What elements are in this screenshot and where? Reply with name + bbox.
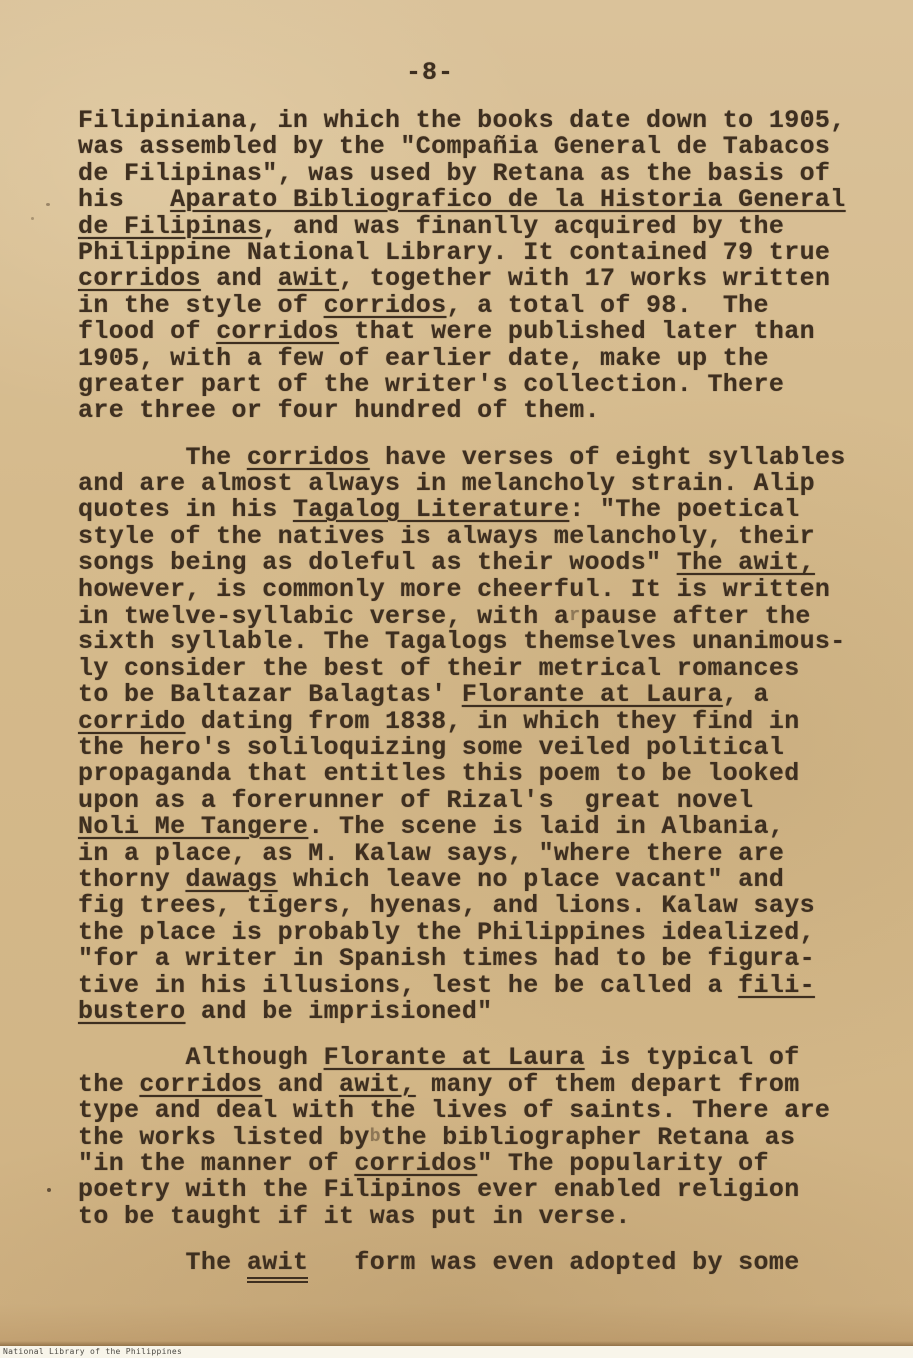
underlined-text: awit, <box>339 1070 416 1099</box>
text-line: upon as a forerunner of Rizal's great no… <box>78 788 878 814</box>
underlined-text: The awit, <box>677 548 815 577</box>
text-run: his <box>78 185 170 214</box>
text-run: have verses of eight syllables <box>370 443 846 472</box>
text-line: to be Baltazar Balagtas' Florante at Lau… <box>78 682 878 708</box>
text-line: The corridos have verses of eight syllab… <box>78 445 878 471</box>
text-run: "for a writer in Spanish times had to be… <box>78 944 815 973</box>
paragraph: Filipiniana, in which the books date dow… <box>78 108 878 425</box>
text-run: type and deal with the lives of saints. … <box>78 1096 830 1125</box>
underlined-text: awit <box>247 1248 308 1283</box>
text-run: " The popularity of <box>477 1149 769 1178</box>
text-run: 1905, with a few of earlier date, make u… <box>78 344 769 373</box>
library-watermark: National Library of the Philippines <box>0 1346 913 1358</box>
text-line: the place is probably the Philippines id… <box>78 920 878 946</box>
text-run: The <box>78 443 247 472</box>
text-run: however, is commonly more cheerful. It i… <box>78 575 830 604</box>
text-line: "in the manner of corridos" The populari… <box>78 1151 878 1177</box>
text-run: was assembled by the "Compañia General d… <box>78 132 830 161</box>
text-line: fig trees, tigers, hyenas, and lions. Ka… <box>78 893 878 919</box>
text-run: ly consider the best of their metrical r… <box>78 654 800 683</box>
text-run: style of the natives is always melanchol… <box>78 522 815 551</box>
page-number: -8- <box>406 58 486 87</box>
underlined-text: corrido <box>78 707 185 736</box>
text-line: are three or four hundred of them. <box>78 398 878 424</box>
text-line: in twelve-syllabic verse, with arpause a… <box>78 603 878 629</box>
text-run: the place is probably the Philippines id… <box>78 918 815 947</box>
text-run: thorny <box>78 865 185 894</box>
text-run: and are almost always in melancholy stra… <box>78 469 815 498</box>
text-line: "for a writer in Spanish times had to be… <box>78 946 878 972</box>
underlined-text: bustero <box>78 997 185 1026</box>
text-run: Filipiniana, in which the books date dow… <box>78 106 846 135</box>
text-line: thorny dawags which leave no place vacan… <box>78 867 878 893</box>
text-line: his Aparato Bibliografico de la Historia… <box>78 187 878 213</box>
text-run: Philippine National Library. It containe… <box>78 238 830 267</box>
text-run: and <box>262 1070 339 1099</box>
text-line: The awit form was even adopted by some <box>78 1250 878 1276</box>
text-run: is typical of <box>585 1043 800 1072</box>
text-line: ly consider the best of their metrical r… <box>78 656 878 682</box>
text-run: : "The poetical <box>569 495 799 524</box>
underlined-text: dawags <box>185 865 277 894</box>
text-line: Philippine National Library. It containe… <box>78 240 878 266</box>
scan-speck <box>47 1188 51 1192</box>
text-run: upon as a forerunner of Rizal's great no… <box>78 786 754 815</box>
scan-speck <box>46 203 50 206</box>
scanned-document-viewer: { "page": { "number": "-8-" }, "footer":… <box>0 0 913 1358</box>
text-run: , together with 17 works written <box>339 264 830 293</box>
text-line: was assembled by the "Compañia General d… <box>78 134 878 160</box>
text-line: and are almost always in melancholy stra… <box>78 471 878 497</box>
text-run: that were published later than <box>339 317 815 346</box>
text-line: 1905, with a few of earlier date, make u… <box>78 346 878 372</box>
text-run: de Filipinas", was used by Retana as the… <box>78 159 830 188</box>
text-line: the corridos and awit, many of them depa… <box>78 1072 878 1098</box>
underlined-text: Aparato Bibliografico de la Historia Gen… <box>170 185 846 214</box>
text-line: tive in his illusions, lest he be called… <box>78 973 878 999</box>
text-run: , a total of 98. The <box>446 291 768 320</box>
text-run: The <box>78 1248 247 1277</box>
text-line: flood of corridos that were published la… <box>78 319 878 345</box>
text-line: songs being as doleful as their woods" T… <box>78 550 878 576</box>
text-run: poetry with the Filipinos ever enabled r… <box>78 1175 800 1204</box>
text-run: . The scene is laid in Albania, <box>308 812 784 841</box>
text-run: greater part of the writer's collection.… <box>78 370 784 399</box>
text-run: propaganda that entitles this poem to be… <box>78 759 800 788</box>
underlined-text: corridos <box>216 317 339 346</box>
text-line: Although Florante at Laura is typical of <box>78 1045 878 1071</box>
paragraph: The corridos have verses of eight syllab… <box>78 445 878 1026</box>
underlined-text: Noli Me Tangere <box>78 812 308 841</box>
text-run: form was even adopted by some <box>308 1248 799 1277</box>
underlined-text: Florante at Laura <box>462 680 723 709</box>
ghost-strike: r <box>569 606 580 626</box>
underlined-text: corridos <box>354 1149 477 1178</box>
ghost-strike: b <box>370 1127 381 1147</box>
text-line: propaganda that entitles this poem to be… <box>78 761 878 787</box>
text-run: which leave no place vacant" and <box>278 865 785 894</box>
underlined-text: fili- <box>738 971 815 1000</box>
text-line: in a place, as M. Kalaw says, "where the… <box>78 841 878 867</box>
underlined-text: de Filipinas <box>78 212 262 241</box>
text-line: greater part of the writer's collection.… <box>78 372 878 398</box>
text-line: Noli Me Tangere. The scene is laid in Al… <box>78 814 878 840</box>
text-run: many of them depart from <box>416 1070 800 1099</box>
text-line: however, is commonly more cheerful. It i… <box>78 577 878 603</box>
text-run: , and was finanlly acquired by the <box>262 212 784 241</box>
text-line: de Filipinas", was used by Retana as the… <box>78 161 878 187</box>
text-line: poetry with the Filipinos ever enabled r… <box>78 1177 878 1203</box>
underlined-text: corridos <box>78 264 201 293</box>
text-line: in the style of corridos, a total of 98.… <box>78 293 878 319</box>
text-line: de Filipinas, and was finanlly acquired … <box>78 214 878 240</box>
paragraph: The awit form was even adopted by some <box>78 1250 878 1276</box>
underlined-text: awit <box>278 264 339 293</box>
text-run: sixth syllable. The Tagalogs themselves … <box>78 627 846 656</box>
text-line: quotes in his Tagalog Literature: "The p… <box>78 497 878 523</box>
underlined-text: Florante at Laura <box>324 1043 585 1072</box>
text-run: flood of <box>78 317 216 346</box>
underlined-text: Tagalog Literature <box>293 495 569 524</box>
text-run: the <box>78 1070 139 1099</box>
text-run: to be taught if it was put in verse. <box>78 1202 631 1231</box>
text-run: and <box>201 264 278 293</box>
underlined-text: corridos <box>139 1070 262 1099</box>
paragraph: Although Florante at Laura is typical of… <box>78 1045 878 1230</box>
text-line: type and deal with the lives of saints. … <box>78 1098 878 1124</box>
text-run: to be Baltazar Balagtas' <box>78 680 462 709</box>
text-run: dating from 1838, in which they find in <box>185 707 799 736</box>
text-run: , a <box>723 680 769 709</box>
text-run: are three or four hundred of them. <box>78 396 600 425</box>
text-line: corrido dating from 1838, in which they … <box>78 709 878 735</box>
text-run: Although <box>78 1043 324 1072</box>
text-run: in a place, as M. Kalaw says, "where the… <box>78 839 784 868</box>
text-line: bustero and be imprisioned" <box>78 999 878 1025</box>
scan-speck <box>31 217 34 220</box>
text-run: in the style of <box>78 291 324 320</box>
text-line: to be taught if it was put in verse. <box>78 1204 878 1230</box>
text-run: fig trees, tigers, hyenas, and lions. Ka… <box>78 891 815 920</box>
text-line: corridos and awit, together with 17 work… <box>78 266 878 292</box>
text-run: "in the manner of <box>78 1149 354 1178</box>
text-run: the hero's soliloquizing some veiled pol… <box>78 733 784 762</box>
underlined-text: corridos <box>324 291 447 320</box>
text-run: tive in his illusions, lest he be called… <box>78 971 738 1000</box>
underlined-text: corridos <box>247 443 370 472</box>
text-run: songs being as doleful as their woods" <box>78 548 677 577</box>
text-line: Filipiniana, in which the books date dow… <box>78 108 878 134</box>
text-line: style of the natives is always melanchol… <box>78 524 878 550</box>
text-line: sixth syllable. The Tagalogs themselves … <box>78 629 878 655</box>
text-line: the hero's soliloquizing some veiled pol… <box>78 735 878 761</box>
text-run: and be imprisioned" <box>185 997 492 1026</box>
document-body: Filipiniana, in which the books date dow… <box>78 108 878 1296</box>
text-line: the works listed bybthe bibliographer Re… <box>78 1124 878 1150</box>
text-run: quotes in his <box>78 495 293 524</box>
